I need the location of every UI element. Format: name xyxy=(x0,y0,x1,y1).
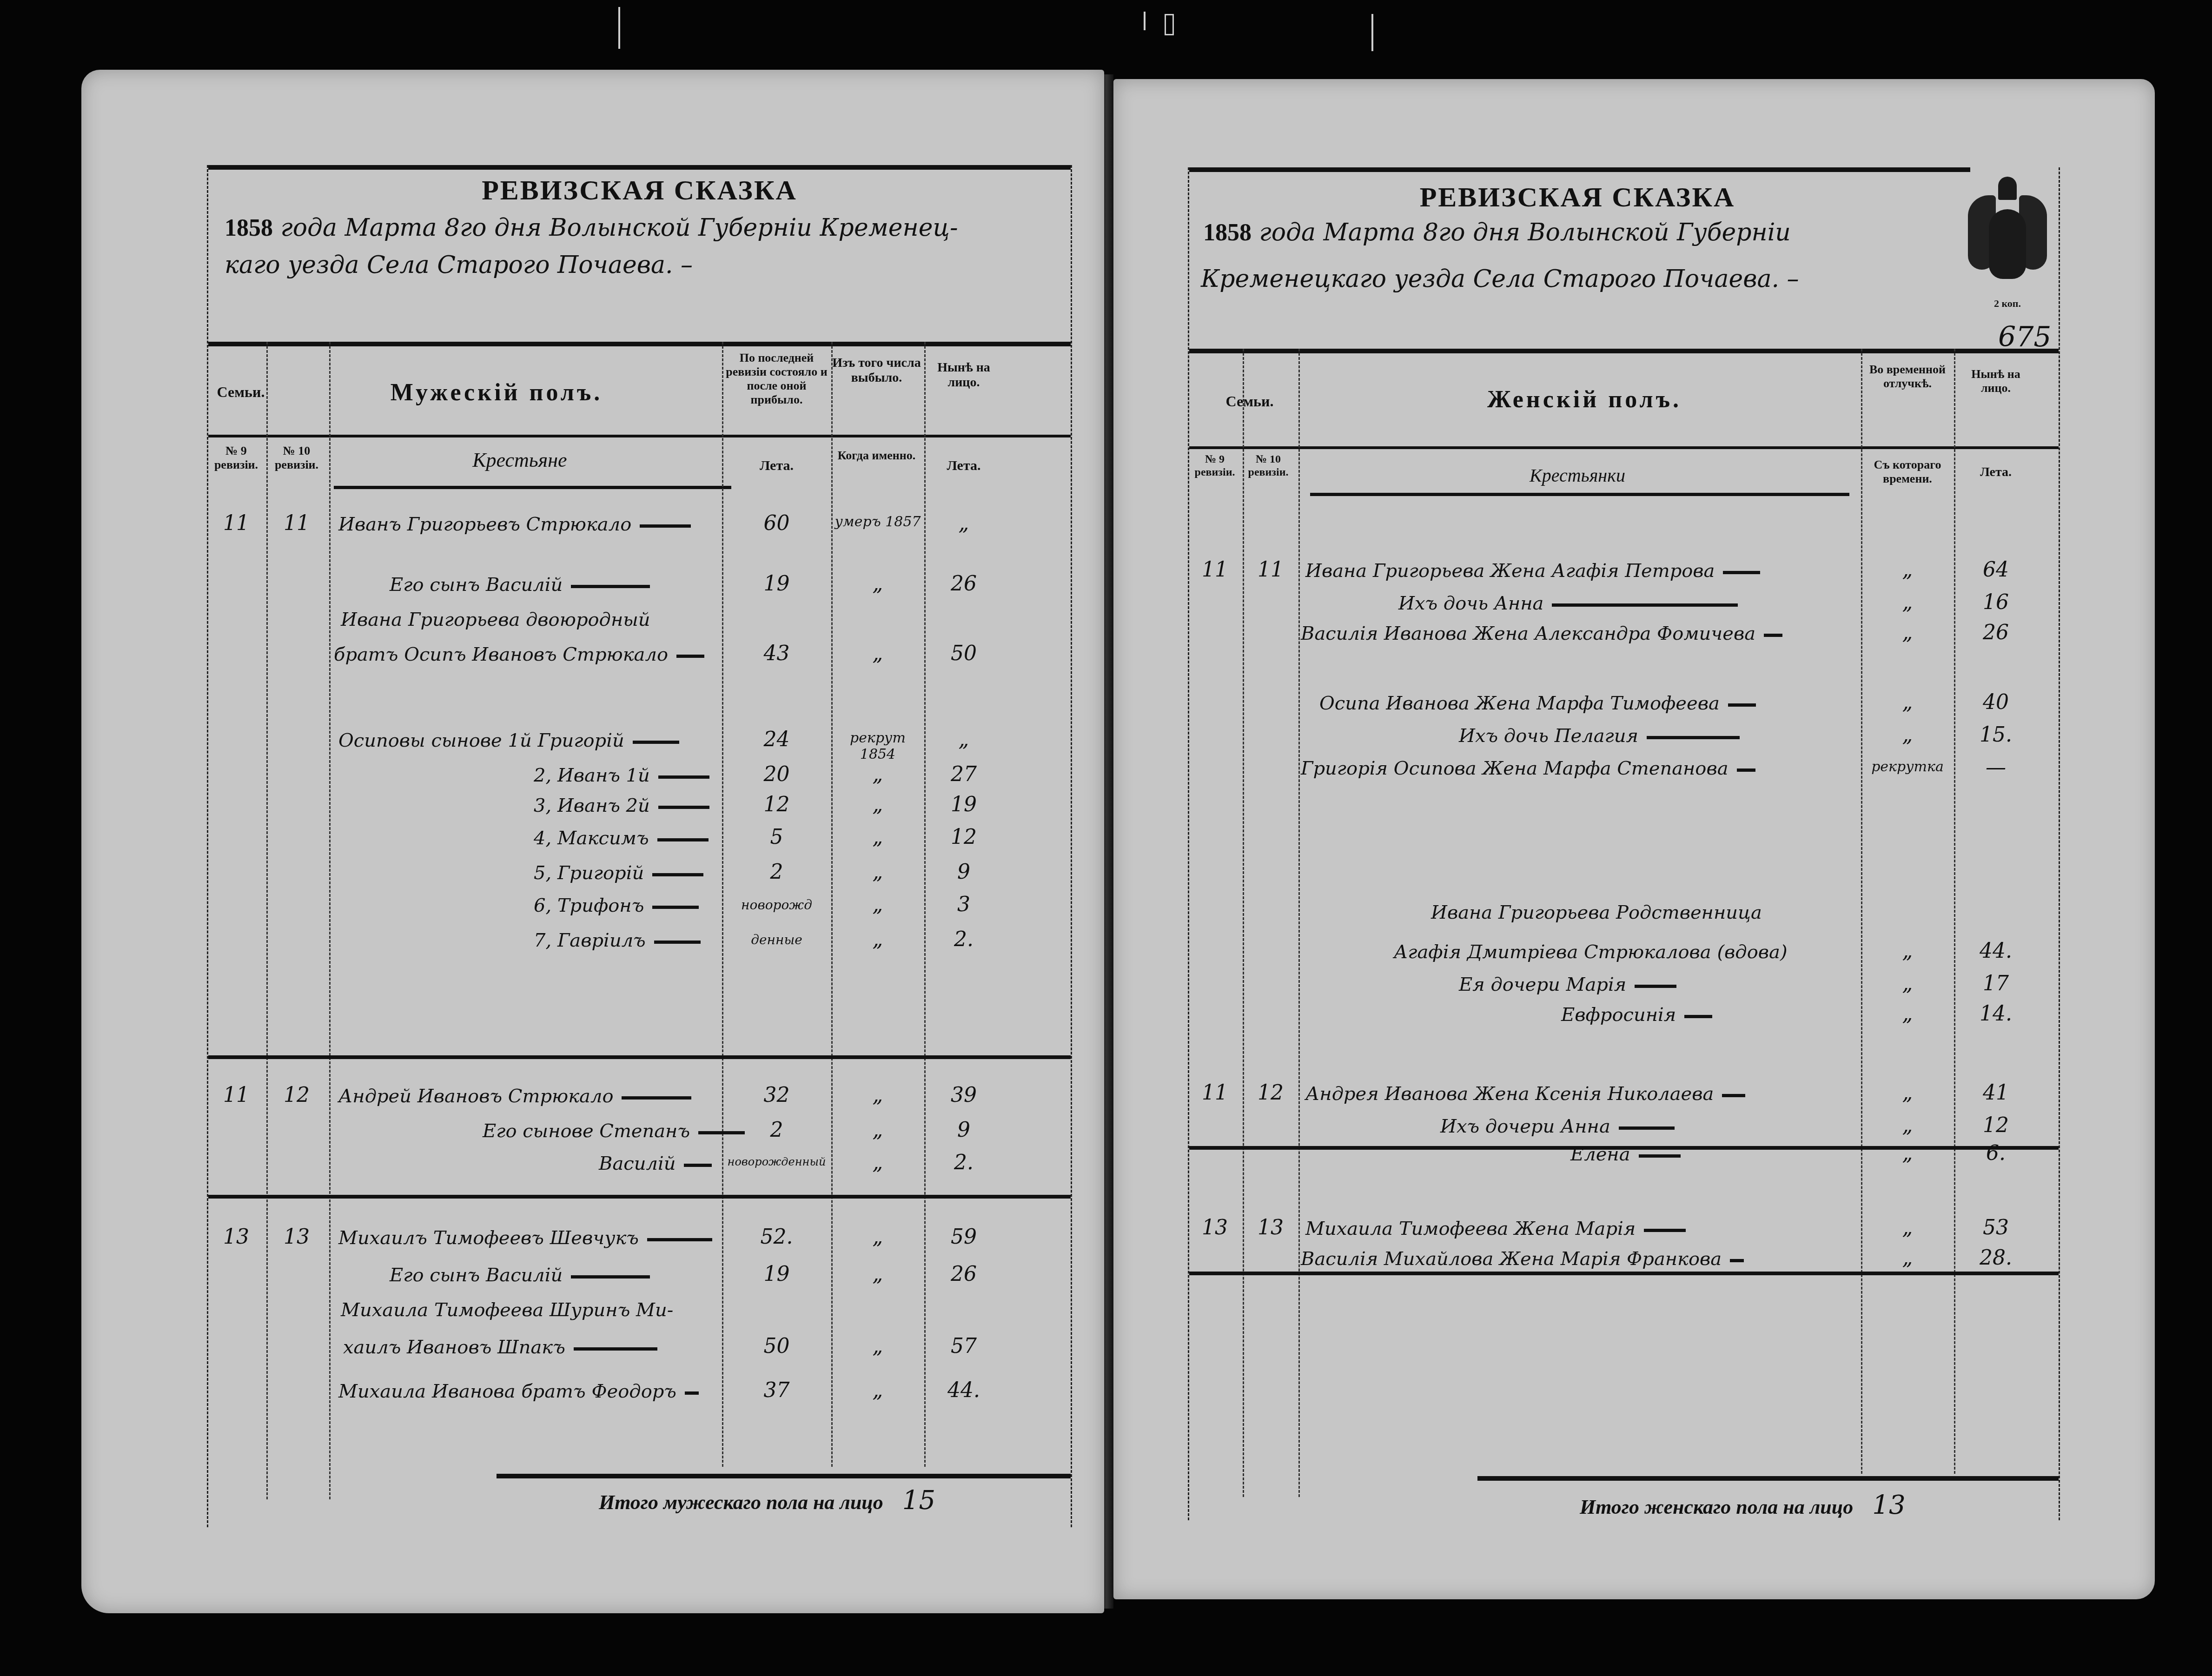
frame-mark-left xyxy=(618,7,620,49)
age-now-cell: 50 xyxy=(927,642,1001,665)
age-last-cell: 60 xyxy=(724,511,829,535)
age-last-cell: 43 xyxy=(724,642,829,665)
body-rule xyxy=(334,486,731,489)
age-now-cell: 3 xyxy=(927,893,1001,916)
top-rule xyxy=(1189,167,1970,172)
name-cell: Евфросинія xyxy=(1561,1004,1712,1026)
rev9-cell: 11 xyxy=(1194,558,1236,582)
rev9-cell: 11 xyxy=(218,1083,255,1107)
age-now-cell: 53 xyxy=(1956,1216,2035,1239)
header-rev10: № 10 ревизіи. xyxy=(266,444,327,472)
female-total: Итого женскаго пола на лицо 13 xyxy=(1580,1490,1906,1520)
total-value: 13 xyxy=(1872,1490,1905,1520)
absent-cell: „ xyxy=(1863,1002,1952,1026)
name-cell: Его сынъ Василій xyxy=(390,574,650,596)
total-rule xyxy=(497,1474,1071,1478)
age-now-cell: 2. xyxy=(927,927,1001,951)
age-last-cell: 37 xyxy=(724,1378,829,1402)
name-cell: Андрей Ивановъ Стрюкало xyxy=(338,1086,691,1107)
departed-cell: „ xyxy=(831,927,924,951)
date-text: года Марта 8го дня Волынской Губерніи xyxy=(1259,219,1791,246)
stamp-price: 2 коп. xyxy=(1961,298,2054,310)
header-since-when: Съ котораго времени. xyxy=(1863,458,1952,486)
age-last-cell: 52. xyxy=(724,1225,829,1249)
family-rule xyxy=(208,1195,1071,1199)
age-last-cell: 32 xyxy=(724,1083,829,1107)
age-now-cell: 40 xyxy=(1956,690,2035,714)
age-now-cell: 39 xyxy=(927,1083,1001,1107)
age-now-cell: 16 xyxy=(1956,590,2035,614)
name-cell: Григорія Осипова Жена Марфа Степанова xyxy=(1301,758,1755,779)
header-rev10: № 10 ревизіи. xyxy=(1243,453,1294,479)
family-rule xyxy=(1189,1272,2059,1275)
age-now-cell: 9 xyxy=(927,1118,1001,1142)
age-last-cell: 19 xyxy=(724,572,829,596)
age-now-cell: 2. xyxy=(927,1151,1001,1174)
total-label: Итого женскаго пола на лицо xyxy=(1580,1496,1853,1518)
age-now-cell: 26 xyxy=(1956,621,2035,644)
name-cell: 4, Максимъ xyxy=(534,828,709,849)
date-line-1: 1858 года Марта 8го дня Волынской Губерн… xyxy=(1203,219,1791,246)
absent-cell: „ xyxy=(1863,690,1952,714)
age-now-cell: 15. xyxy=(1956,723,2035,747)
age-last-cell: новорожденный xyxy=(724,1155,829,1168)
header-last-revision: По последней ревизіи состояло и после он… xyxy=(724,351,829,407)
body-rule xyxy=(1310,493,1849,496)
name-cell: Михаила Иванова братъ Феодоръ xyxy=(338,1381,699,1402)
age-now-cell: 12 xyxy=(1956,1113,2035,1137)
age-last-cell: 12 xyxy=(724,793,829,816)
col-rule xyxy=(329,342,331,1499)
departed-cell: „ xyxy=(831,793,924,816)
absent-cell: „ xyxy=(1863,723,1952,747)
departed-cell: „ xyxy=(831,893,924,916)
departed-cell: „ xyxy=(831,1378,924,1402)
age-last-cell: 2 xyxy=(724,1118,829,1142)
age-now-cell: 6. xyxy=(1956,1141,2035,1165)
name-cell: Василія Иванова Жена Александра Фомичева xyxy=(1301,623,1782,644)
departed-cell: рекрут 1854 xyxy=(831,730,924,762)
header-departed: Изъ того числа выбыло. xyxy=(831,356,922,385)
age-now-cell: 26 xyxy=(927,572,1001,596)
col-rule xyxy=(1861,349,1862,1474)
age-now-cell: 44. xyxy=(1956,939,2035,963)
name-cell: Василій xyxy=(599,1153,712,1174)
subheader-rule xyxy=(1189,446,2059,449)
name-cell: Осипа Иванова Жена Марфа Тимофеева xyxy=(1319,693,1756,714)
name-cell: Иванъ Григорьевъ Стрюкало xyxy=(338,514,691,535)
header-years-last: Лета. xyxy=(724,458,829,474)
rev10-cell: 12 xyxy=(1247,1081,1294,1105)
absent-cell: „ xyxy=(1863,590,1952,614)
age-last-cell: денные xyxy=(724,932,829,947)
header-years-now: Лета. xyxy=(927,458,1001,474)
header-when: Когда именно. xyxy=(831,449,922,463)
double-headed-eagle-icon xyxy=(1968,177,2047,298)
age-last-cell: 19 xyxy=(724,1262,829,1286)
rev10-cell: 11 xyxy=(1247,558,1294,582)
total-label: Итого мужескаго пола на лицо xyxy=(599,1491,883,1514)
header-category: Крестьянки xyxy=(1301,465,1854,486)
header-section: Мужескій полъ. xyxy=(273,379,720,407)
age-last-cell: новорожд xyxy=(724,897,829,913)
date-line-2: Кременецкаго уезда Села Старого Почаева.… xyxy=(1201,265,1799,293)
header-absent: Во временной отлучкѣ. xyxy=(1863,363,1952,391)
right-page: РЕВИЗСКАЯ СКАЗКА 1858 года Марта 8го дня… xyxy=(1113,79,2155,1599)
age-now-cell: 26 xyxy=(927,1262,1001,1286)
date-text: года Марта 8го дня Волынской Губерніи Кр… xyxy=(281,214,958,242)
age-now-cell: 12 xyxy=(927,825,1001,849)
total-value: 15 xyxy=(902,1485,935,1516)
header-rule xyxy=(1189,349,2059,353)
name-cell: Агафія Дмитріева Стрюкалова (вдова) xyxy=(1394,941,1787,963)
header-families: Семьи. xyxy=(208,384,273,401)
departed-cell: „ xyxy=(831,1334,924,1358)
rev10-cell: 13 xyxy=(273,1225,320,1249)
departed-cell: „ xyxy=(831,1118,924,1142)
absent-cell: „ xyxy=(1863,1246,1952,1270)
name-cell: Михаилъ Тимофеевъ Шевчукъ xyxy=(338,1227,712,1249)
departed-cell: „ xyxy=(831,825,924,849)
rev10-cell: 13 xyxy=(1247,1216,1294,1239)
departed-cell: „ xyxy=(831,642,924,665)
absent-cell: рекрутка xyxy=(1863,759,1952,775)
absent-cell: „ xyxy=(1863,1081,1952,1105)
rev9-cell: 13 xyxy=(218,1225,255,1249)
age-now-cell: 17 xyxy=(1956,972,2035,995)
age-now-cell: 9 xyxy=(927,860,1001,884)
age-last-cell: 5 xyxy=(724,825,829,849)
family-rule xyxy=(208,1055,1071,1059)
header-present: Нынѣ на лицо. xyxy=(1956,367,2035,395)
age-last-cell: 20 xyxy=(724,762,829,786)
subheader-rule xyxy=(208,435,1071,437)
col-rule xyxy=(1954,349,1955,1474)
col-rule xyxy=(722,342,723,1467)
header-rev9: № 9 ревизіи. xyxy=(208,444,264,472)
header-years-now: Лета. xyxy=(1956,465,2035,480)
header-present: Нынѣ на лицо. xyxy=(927,360,1001,390)
age-last-cell: 24 xyxy=(724,728,829,751)
frame-number xyxy=(1144,12,1146,30)
year: 1858 xyxy=(225,215,273,241)
absent-cell: „ xyxy=(1863,621,1952,644)
absent-cell: „ xyxy=(1863,939,1952,963)
name-cell: Михаила Тимофеева Шуринъ Ми- xyxy=(341,1299,673,1321)
age-now-cell: 27 xyxy=(927,762,1001,786)
rev9-cell: 11 xyxy=(218,511,255,535)
name-cell: 2, Иванъ 1й xyxy=(534,765,709,786)
name-cell: Ихъ дочь Пелагия xyxy=(1459,725,1740,747)
age-now-cell: „ xyxy=(927,728,1001,751)
name-cell: Андрея Иванова Жена Ксенія Николаева xyxy=(1305,1083,1745,1105)
header-rule xyxy=(208,342,1071,346)
age-now-cell: 41 xyxy=(1956,1081,2035,1105)
absent-cell: „ xyxy=(1863,558,1952,582)
form-title: РЕВИЗСКАЯ СКАЗКА xyxy=(208,174,1071,206)
name-cell: Его сынъ Василій xyxy=(390,1265,650,1286)
name-cell: 7, Гавріилъ xyxy=(534,930,701,951)
col-rule xyxy=(1243,349,1244,1497)
year: 1858 xyxy=(1203,219,1252,246)
name-cell: Ихъ дочь Анна xyxy=(1398,593,1738,614)
form-title: РЕВИЗСКАЯ СКАЗКА xyxy=(1189,181,1966,213)
left-form: РЕВИЗСКАЯ СКАЗКА 1858 года Марта 8го дня… xyxy=(207,165,1072,1527)
left-page: РЕВИЗСКАЯ СКАЗКА 1858 года Марта 8го дня… xyxy=(81,70,1104,1613)
header-category: Крестьяне xyxy=(329,449,710,472)
age-last-cell: 50 xyxy=(724,1334,829,1358)
total-rule xyxy=(1477,1476,2059,1481)
absent-cell: „ xyxy=(1863,1216,1952,1239)
header-families: Семьи. xyxy=(1189,393,1310,410)
rev10-cell: 11 xyxy=(273,511,320,535)
date-line-1: 1858 года Марта 8го дня Волынской Губерн… xyxy=(225,214,958,242)
frame-number xyxy=(1165,14,1174,35)
age-now-cell: „ xyxy=(927,511,1001,535)
name-cell: Елена xyxy=(1570,1144,1681,1165)
departed-cell: умеръ 1857 xyxy=(831,514,924,530)
name-cell: Михаила Тимофеева Жена Марія xyxy=(1305,1218,1686,1239)
departed-cell: „ xyxy=(831,1225,924,1249)
age-now-cell: 59 xyxy=(927,1225,1001,1249)
name-cell: Ихъ дочери Анна xyxy=(1440,1116,1675,1137)
date-line-2: каго уезда Села Старого Почаева. – xyxy=(225,251,693,279)
age-now-cell: — xyxy=(1956,755,2035,779)
departed-cell: „ xyxy=(831,860,924,884)
male-total: Итого мужескаго пола на лицо 15 xyxy=(599,1485,935,1516)
name-cell: 5, Григорій xyxy=(534,862,703,884)
departed-cell: „ xyxy=(831,572,924,596)
name-cell: братъ Осипъ Ивановъ Стрюкало xyxy=(334,644,704,665)
right-form: РЕВИЗСКАЯ СКАЗКА 1858 года Марта 8го дня… xyxy=(1188,167,2060,1520)
departed-cell: „ xyxy=(831,762,924,786)
rev9-cell: 13 xyxy=(1194,1216,1236,1239)
age-now-cell: 14. xyxy=(1956,1002,2035,1026)
name-cell: Ивана Григорьева Жена Агафія Петрова xyxy=(1305,560,1760,582)
age-now-cell: 57 xyxy=(927,1334,1001,1358)
name-cell: Осиповы сынове 1й Григорій xyxy=(338,730,679,751)
age-now-cell: 19 xyxy=(927,793,1001,816)
top-rule xyxy=(208,165,1071,170)
name-cell: 3, Иванъ 2й xyxy=(534,795,709,816)
header-rev9: № 9 ревизіи. xyxy=(1189,453,1240,479)
absent-cell: „ xyxy=(1863,972,1952,995)
rev9-cell: 11 xyxy=(1194,1081,1236,1105)
absent-cell: „ xyxy=(1863,1141,1952,1165)
name-cell: Ивана Григорьева Родственница xyxy=(1431,902,1762,923)
departed-cell: „ xyxy=(831,1262,924,1286)
name-cell: Ивана Григорьева двоюродный xyxy=(341,609,650,630)
age-last-cell: 2 xyxy=(724,860,829,884)
name-cell: хаилъ Ивановъ Шпакъ xyxy=(343,1337,657,1358)
absent-cell: „ xyxy=(1863,1113,1952,1137)
name-cell: 6, Трифонъ xyxy=(534,895,699,916)
col-rule xyxy=(1298,349,1300,1497)
name-cell: Василія Михайлова Жена Марія Франкова xyxy=(1301,1248,1744,1270)
departed-cell: „ xyxy=(831,1151,924,1174)
age-now-cell: 28. xyxy=(1956,1246,2035,1270)
age-now-cell: 64 xyxy=(1956,558,2035,582)
name-cell: Ея дочери Марія xyxy=(1459,974,1676,995)
frame-mark-right xyxy=(1371,14,1373,51)
col-rule xyxy=(924,342,926,1467)
duty-stamp: 2 коп. xyxy=(1961,177,2054,310)
age-now-cell: 44. xyxy=(927,1378,1001,1402)
name-cell: Его сынове Степанъ xyxy=(483,1120,745,1142)
departed-cell: „ xyxy=(831,1083,924,1107)
col-rule xyxy=(266,342,268,1499)
rev10-cell: 12 xyxy=(273,1083,320,1107)
header-section: Женскій полъ. xyxy=(1310,386,1859,414)
